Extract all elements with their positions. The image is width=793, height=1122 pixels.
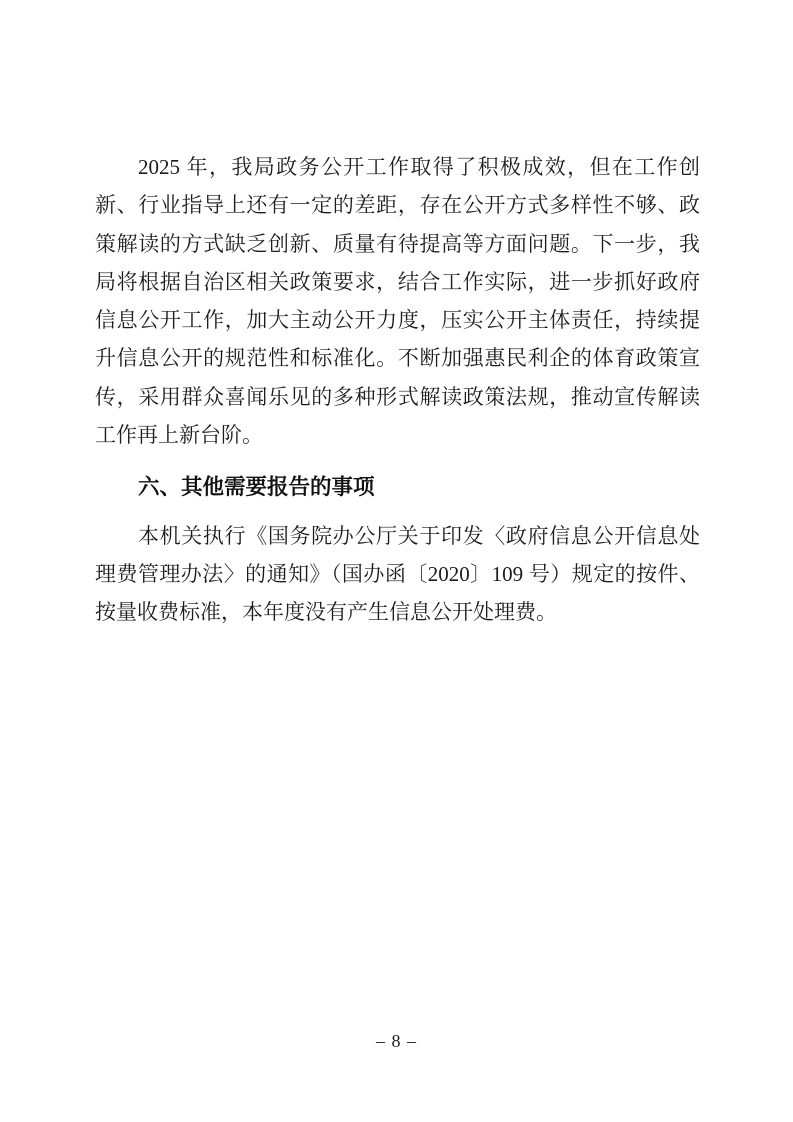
- text-line: 工作再上新台阶。: [95, 416, 700, 454]
- text-line: 新、行业指导上还有一定的差距，存在公开方式多样性不够、政: [95, 186, 700, 224]
- section-heading: 六、其他需要报告的事项: [95, 468, 700, 506]
- document-body: 2025 年，我局政务公开工作取得了积极成效，但在工作创 新、行业指导上还有一定…: [95, 148, 700, 632]
- text-line: 升信息公开的规范性和标准化。不断加强惠民利企的体育政策宣: [95, 339, 700, 377]
- text-line: 传，采用群众喜闻乐见的多种形式解读政策法规，推动宣传解读: [95, 378, 700, 416]
- page-number: – 8 –: [0, 1031, 793, 1052]
- text-line: 2025 年，我局政务公开工作取得了积极成效，但在工作创: [95, 148, 700, 186]
- text-line: 按量收费标准，本年度没有产生信息公开处理费。: [95, 593, 700, 631]
- paragraph-fees: 本机关执行《国务院办公厅关于印发〈政府信息公开信息处 理费管理办法〉的通知》（国…: [95, 517, 700, 632]
- text-line: 策解读的方式缺乏创新、质量有待提高等方面问题。下一步，我: [95, 225, 700, 263]
- document-page: 2025 年，我局政务公开工作取得了积极成效，但在工作创 新、行业指导上还有一定…: [0, 0, 793, 1122]
- text-line: 信息公开工作，加大主动公开力度，压实公开主体责任，持续提: [95, 301, 700, 339]
- text-line: 局将根据自治区相关政策要求，结合工作实际，进一步抓好政府: [95, 263, 700, 301]
- text-line: 本机关执行《国务院办公厅关于印发〈政府信息公开信息处: [95, 517, 700, 555]
- paragraph-summary: 2025 年，我局政务公开工作取得了积极成效，但在工作创 新、行业指导上还有一定…: [95, 148, 700, 454]
- text-line: 理费管理办法〉的通知》（国办函〔2020〕109 号）规定的按件、: [95, 555, 700, 593]
